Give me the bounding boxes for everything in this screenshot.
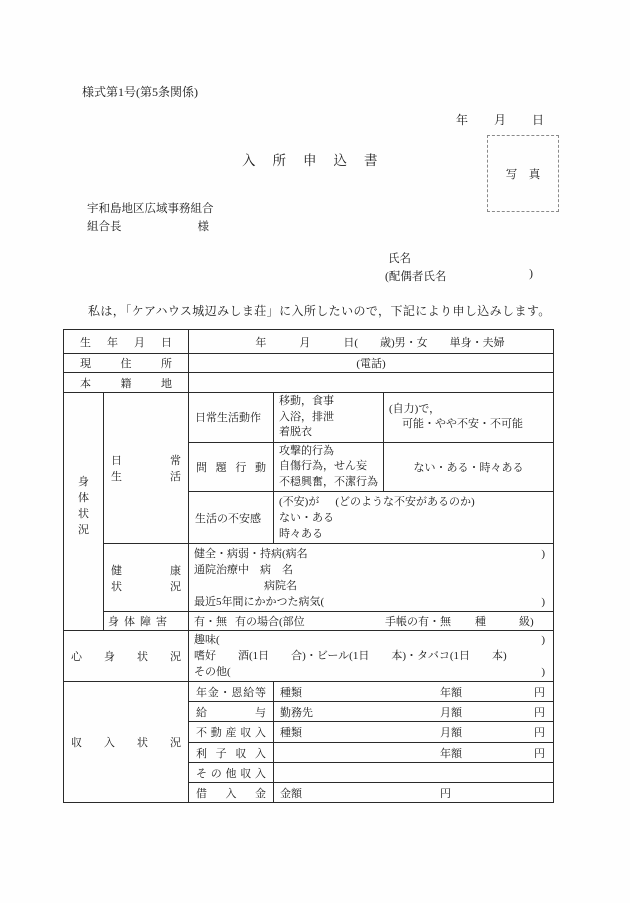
daily-group-line-2: 生活 <box>104 468 188 484</box>
income-realestate-label-cell: 不動産収入 <box>189 722 274 743</box>
addressee-org: 宇和島地区広域事務組合 <box>87 200 214 216</box>
adl-label: 日常生活動作 <box>189 409 273 425</box>
income-other-label: その他収入 <box>189 765 273 781</box>
health-line-1: 健全・病弱・持病(病名 <box>194 546 308 562</box>
physical-group-label: 身 体 状 況 <box>64 460 103 564</box>
behavior-item-2: 自傷行為，せん妄 <box>279 459 377 475</box>
behavior-item-3: 不穏興奮，不潔行為 <box>279 475 377 491</box>
mental-label: 心身状況 <box>64 648 188 664</box>
income-pension-yen-label: 円 <box>534 684 545 700</box>
addressee-role-line: 組合長 様 <box>87 218 209 234</box>
income-realestate-amount-label: 月額 <box>440 724 462 740</box>
adl-label-cell: 日常生活動作 <box>189 393 274 443</box>
income-pension-kind-label: 種類 <box>280 684 302 700</box>
physical-char-3: 状 <box>78 505 89 521</box>
paren-close: ) <box>529 268 533 284</box>
adl-answer-cell: (自力)で， 可能・やや不安・不可能 <box>384 393 554 443</box>
physical-char-2: 体 <box>78 489 89 505</box>
name-label: 氏名 <box>388 250 411 266</box>
spouse-name-line: (配偶者氏名 ) <box>385 268 533 284</box>
income-other-label-cell: その他収入 <box>189 763 274 783</box>
health-line-2: 通院治療中 病 名 <box>194 562 547 578</box>
domicile-label: 本籍地 <box>64 375 188 391</box>
income-interest-content-cell: 年額 円 <box>274 743 554 763</box>
birth-label-cell: 生年月日 <box>64 330 189 354</box>
adl-item-3: 着脱衣 <box>279 425 377 441</box>
address-value: (電話) <box>356 358 385 370</box>
row-adl: 身 体 状 況 日常 生活 日常生活動作 移動，食事 入浴，排泄 着脱衣 <box>64 393 554 443</box>
mental-label-cell: 心身状況 <box>64 631 189 682</box>
health-line-4-close: ) <box>541 594 545 610</box>
row-address: 現住所 (電話) <box>64 354 554 373</box>
form-code: 様式第1号(第5条関係) <box>82 83 198 100</box>
mental-hobby-close: ) <box>541 632 545 648</box>
row-income-pension: 収入状況 年金・恩給等 種類 年額 円 <box>64 682 554 702</box>
disability-label: 身体障害 <box>104 613 188 629</box>
income-group-label: 収入状況 <box>64 734 188 750</box>
health-line-1-close: ) <box>541 546 545 562</box>
income-salary-content-cell: 勤務先 月額 円 <box>274 702 554 722</box>
mental-other-label: その他( <box>194 664 231 680</box>
addressee-honorific: 様 <box>198 218 210 234</box>
physical-char-1: 身 <box>78 473 89 489</box>
date-year-label: 年 <box>456 111 468 128</box>
health-line-3: 病院名 <box>264 578 547 594</box>
disability-label-cell: 身体障害 <box>104 612 189 631</box>
birth-value-cell: 年 月 日( 歳)男・女 単身・夫婦 <box>189 330 554 354</box>
domicile-value-cell <box>189 373 554 393</box>
income-loan-yen-label: 円 <box>440 785 451 801</box>
income-salary-yen-label: 円 <box>534 704 545 720</box>
daily-group-cell: 日常 生活 <box>104 393 189 544</box>
income-realestate-label: 不動産収入 <box>189 724 273 740</box>
spouse-name-label: (配偶者氏名 <box>385 268 446 284</box>
adl-answer-intro: (自力)で， <box>389 402 547 418</box>
income-group-cell: 収入状況 <box>64 682 189 803</box>
behavior-answer-cell: ない・ある・時々ある <box>384 442 554 492</box>
anxiety-label: 生活の不安感 <box>189 510 273 526</box>
photo-box: 写 真 <box>487 135 559 212</box>
page-title: 入所申込書 <box>242 149 395 169</box>
date-day-label: 日 <box>532 111 544 128</box>
physical-char-4: 況 <box>78 521 89 537</box>
disability-grade-label: 級) <box>519 613 534 629</box>
mental-preference-line: 嗜好 酒(1日 合)・ビール(1日 本)・タバコ(1日 本) <box>194 648 547 664</box>
behavior-label: 問題行動 <box>189 459 273 475</box>
intro-sentence: 私は，「ケアハウス城辺みしま荘」に入所したいので，下記により申し込みします。 <box>88 302 551 319</box>
mental-content-cell: 趣味( ) 嗜好 酒(1日 合)・ビール(1日 本)・タバコ(1日 本) その他… <box>189 631 554 682</box>
anxiety-label-cell: 生活の不安感 <box>189 492 274 544</box>
behavior-label-cell: 問題行動 <box>189 442 274 492</box>
domicile-label-cell: 本籍地 <box>64 373 189 393</box>
income-salary-employer-label: 勤務先 <box>280 704 313 720</box>
adl-item-1: 移動，食事 <box>279 394 377 410</box>
income-pension-label-cell: 年金・恩給等 <box>189 682 274 702</box>
income-salary-label-cell: 給与 <box>189 702 274 722</box>
application-table: 生年月日 年 月 日( 歳)男・女 単身・夫婦 現住所 (電話) 本籍地 身 体… <box>63 329 554 803</box>
income-interest-amount-label: 年額 <box>440 745 462 761</box>
income-pension-content-cell: 種類 年額 円 <box>274 682 554 702</box>
anxiety-option-1: ない・ある <box>279 510 547 526</box>
date-month-label: 月 <box>494 111 506 128</box>
income-salary-label: 給与 <box>189 704 273 720</box>
health-label-line-2: 状況 <box>104 578 188 594</box>
disability-certificate-options: 手帳の有・無 <box>385 613 451 629</box>
address-label-cell: 現住所 <box>64 354 189 373</box>
income-salary-amount-label: 月額 <box>440 704 462 720</box>
behavior-answer-options: ない・ある・時々ある <box>414 462 524 474</box>
anxiety-hint: (どのような不安があるのか) <box>335 496 474 508</box>
photo-label: 写 真 <box>506 166 541 182</box>
income-interest-label-cell: 利子収入 <box>189 743 274 763</box>
income-loan-label-cell: 借入金 <box>189 783 274 803</box>
birth-value: 年 月 日( 歳)男・女 単身・夫婦 <box>237 337 504 349</box>
anxiety-prefix: (不安)が <box>279 496 319 508</box>
row-health: 健康 状況 健全・病弱・持病(病名 ) 通院治療中 病 名 病院名 最近5年間に… <box>64 544 554 612</box>
health-label-cell: 健康 状況 <box>104 544 189 612</box>
behavior-item-1: 攻撃的行為 <box>279 444 377 460</box>
income-realestate-kind-label: 種類 <box>280 724 302 740</box>
income-pension-amount-label: 年額 <box>440 684 462 700</box>
application-form-page: 様式第1号(第5条関係) 年 月 日 写 真 入所申込書 宇和島地区広域事務組合… <box>0 0 630 903</box>
mental-other-close: ) <box>541 664 545 680</box>
income-interest-yen-label: 円 <box>534 745 545 761</box>
income-other-content-cell <box>274 763 554 783</box>
anxiety-option-2: 時々ある <box>279 526 547 542</box>
health-label-line-1: 健康 <box>104 562 188 578</box>
row-birth: 生年月日 年 月 日( 歳)男・女 単身・夫婦 <box>64 330 554 354</box>
behavior-items-cell: 攻撃的行為 自傷行為，せん妄 不穏興奮，不潔行為 <box>274 442 384 492</box>
disability-case-label: 有の場合(部位 <box>235 613 305 629</box>
date-line: 年 月 日 <box>456 111 544 128</box>
income-interest-label: 利子収入 <box>189 745 273 761</box>
income-realestate-content-cell: 種類 月額 円 <box>274 722 554 743</box>
row-domicile: 本籍地 <box>64 373 554 393</box>
income-realestate-yen-label: 円 <box>534 724 545 740</box>
health-content-cell: 健全・病弱・持病(病名 ) 通院治療中 病 名 病院名 最近5年間にかかつた病気… <box>189 544 554 612</box>
birth-label: 生年月日 <box>64 334 188 350</box>
disability-present-options: 有・無 <box>194 613 227 629</box>
row-mental: 心身状況 趣味( ) 嗜好 酒(1日 合)・ビール(1日 本)・タバコ(1日 本… <box>64 631 554 682</box>
physical-group-cell: 身 体 状 況 <box>64 393 104 631</box>
daily-group-line-1: 日常 <box>104 452 188 468</box>
disability-class-label: 種 <box>475 613 486 629</box>
income-loan-content-cell: 金額 円 <box>274 783 554 803</box>
income-loan-amount-label: 金額 <box>280 785 302 801</box>
addressee-role: 組合長 <box>87 218 122 234</box>
income-loan-label: 借入金 <box>189 785 273 801</box>
adl-item-2: 入浴，排泄 <box>279 410 377 426</box>
address-value-cell: (電話) <box>189 354 554 373</box>
adl-items-cell: 移動，食事 入浴，排泄 着脱衣 <box>274 393 384 443</box>
income-pension-label: 年金・恩給等 <box>189 684 273 700</box>
row-disability: 身体障害 有・無 有の場合(部位 手帳の有・無 種 級) <box>64 612 554 631</box>
adl-answer-options: 可能・やや不安・不可能 <box>402 417 547 433</box>
disability-content-cell: 有・無 有の場合(部位 手帳の有・無 種 級) <box>189 612 554 631</box>
address-label: 現住所 <box>64 355 188 371</box>
anxiety-content-cell: (不安)が(どのような不安があるのか) ない・ある 時々ある <box>274 492 554 544</box>
mental-hobby-label: 趣味( <box>194 632 220 648</box>
health-line-4: 最近5年間にかかつた病気( <box>194 594 324 610</box>
